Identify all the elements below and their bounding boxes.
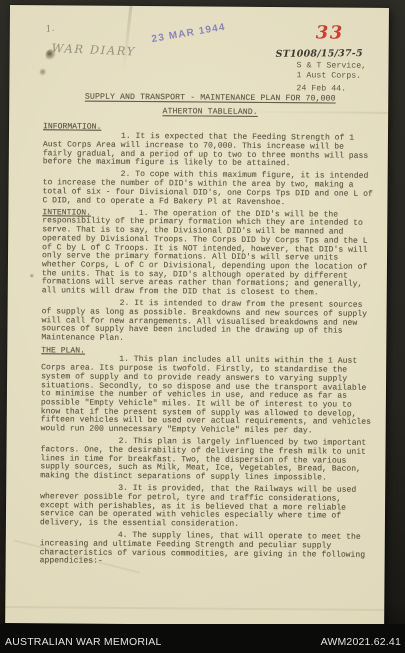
scan-background: 1. WAR DIARY 23 MAR 1944 33 ST1008/15/37… [0,0,405,653]
pencil-mark: 1. [45,24,55,35]
document-body: SUPPLY AND TRANSPORT - MAINTENANCE PLAN … [40,93,378,569]
document-date: 24 Feb 44. [296,84,366,95]
catalog-number: AWM2021.62.41 [321,636,401,648]
unit-corps-line: 1 Aust Corps. [296,71,366,82]
folio-number: 33 [316,22,344,43]
reference-number: ST1008/15/37-5 [276,48,363,60]
ink-smudge [39,68,46,76]
paragraph: 1. It is expected that the Feeding Stren… [43,132,377,169]
paragraph: INTENTION.1. The operation of the DID's … [42,209,377,299]
paper-crease [5,606,384,611]
paragraph: 1. This plan includes all units within t… [41,356,376,437]
paragraph: 4. The supply lines, that will operate t… [40,532,374,569]
paragraph: 2. It is intended to draw from the prese… [41,300,375,346]
ink-smudge [30,273,34,278]
archive-name: AUSTRALIAN WAR MEMORIAL [5,636,161,648]
document-subtitle: ATHERTON TABLELAND. [43,107,377,118]
document-title: SUPPLY AND TRANSPORT - MAINTENANCE PLAN … [43,93,377,104]
paragraph: 2. This plan is largely influenced by tw… [40,438,374,484]
document-page: 1. WAR DIARY 23 MAR 1944 33 ST1008/15/37… [5,5,389,626]
letterhead-block: S & T Service, 1 Aust Corps. 24 Feb 44. [296,61,366,95]
unit-service-line: S & T Service, [296,61,366,72]
paragraph: 3. It is provided, that the Railways wil… [40,485,374,531]
paragraph: 2. To cope with this maximum figure, it … [42,171,376,208]
date-received-stamp: 23 MAR 1944 [151,22,227,45]
war-diary-note: WAR DIARY [51,41,136,59]
paragraph-text: 1. The operation of the DID's will be th… [42,209,368,298]
archive-footer-bar: AUSTRALIAN WAR MEMORIAL AWM2021.62.41 [0,624,405,653]
paper-crease [122,6,132,72]
